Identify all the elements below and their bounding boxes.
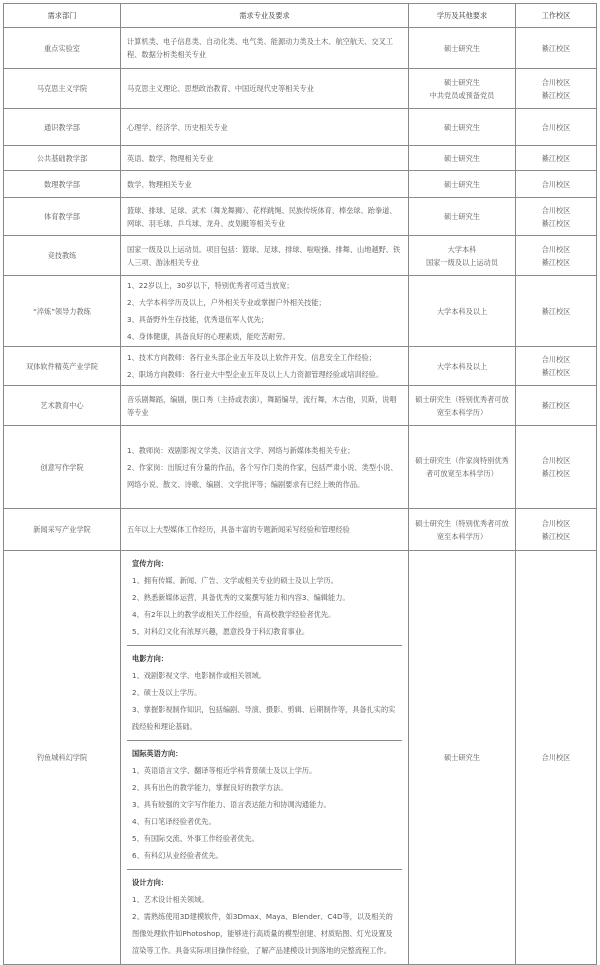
education-text: 硕士研究生 bbox=[415, 210, 509, 223]
header-education: 学历及其他要求 bbox=[409, 4, 516, 28]
education-text: 硕士研究生（特别优秀者可放宽至本科学历） bbox=[415, 517, 509, 543]
requirement-text: 心理学、经济学、历史相关专业 bbox=[127, 121, 402, 134]
requirement-item: 1、技术方向教师：各行业头部企业五年及以上软件开发、信息安全工作经验； bbox=[127, 349, 402, 366]
campus-cell: 合川校区綦江校区 bbox=[516, 347, 597, 386]
requirement-text: 篮球、排球、足球、武术（舞龙舞狮）、花样跳绳、民族传统体育、棒垒球、跆拳道、网球… bbox=[127, 204, 402, 230]
department-cell: 马克思主义学院 bbox=[4, 69, 121, 109]
direction-item: 1、戏剧影视文学、电影制作或相关领域。 bbox=[132, 667, 397, 684]
requirements-cell: 宣传方向：1、拥有传媒、新闻、广告、文学或相关专业的硕士及以上学历。2、熟悉新媒… bbox=[121, 551, 409, 926]
education-cell: 硕士研究生 bbox=[409, 28, 516, 69]
direction-section: 设计方向：1、艺术设计相关领域。2、需熟练使用3D建模软件，如3Dmax、May… bbox=[127, 870, 402, 926]
requirement-text: 音乐剧舞蹈，编剧，脱口秀（主持或表演），舞蹈编导，流行舞，木吉他，贝斯，说唱等专… bbox=[127, 393, 402, 419]
education-cell: 硕士研究生 bbox=[409, 146, 516, 171]
table-header-row: 需求部门 需求专业及要求 学历及其他要求 工作校区 bbox=[4, 4, 597, 28]
header-campus: 工作校区 bbox=[516, 4, 597, 28]
department-cell: 竞技教练 bbox=[4, 236, 121, 276]
campus-text: 綦江校区 bbox=[522, 305, 590, 318]
campus-cell: 合川校区綦江校区 bbox=[516, 509, 597, 551]
direction-item: 5、有国际交流、外事工作经验者优先。 bbox=[132, 830, 397, 847]
requirement-text: 马克思主义理论、思想政治教育、中国近现代史等相关专业 bbox=[127, 82, 402, 95]
requirement-item: 2、作家岗：出版过有分量的作品，各个写作门类的作家，包括严肃小说、类型小说、网络… bbox=[127, 459, 402, 493]
department-cell: 创意写作学院 bbox=[4, 426, 121, 509]
table-row: 艺术教育中心音乐剧舞蹈，编剧，脱口秀（主持或表演），舞蹈编导，流行舞，木吉他，贝… bbox=[4, 386, 597, 426]
requirements-cell: 数学、物理相关专业 bbox=[121, 171, 409, 198]
campus-text: 綦江校区 bbox=[522, 467, 590, 480]
education-text: 中共党员或预备党员 bbox=[415, 89, 509, 102]
table-row: 新闻采写产业学院五年以上大型媒体工作经历，具备丰富的专题新闻采写经验和管理经验硕… bbox=[4, 509, 597, 551]
campus-cell: 合川校区綦江校区 bbox=[516, 69, 597, 109]
requirements-cell: 英语、数学、物理相关专业 bbox=[121, 146, 409, 171]
education-text: 国家一级及以上运动员 bbox=[415, 256, 509, 269]
recruitment-table: 需求部门 需求专业及要求 学历及其他要求 工作校区 重点实验室计算机类、电子信息… bbox=[3, 3, 597, 925]
education-text: 硕士研究生 bbox=[415, 751, 509, 764]
campus-text: 綦江校区 bbox=[522, 89, 590, 102]
education-cell: 硕士研究生（特别优秀者可放宽至本科学历） bbox=[409, 509, 516, 551]
department-cell: 钓鱼城科幻学院 bbox=[4, 551, 121, 926]
campus-cell: 合川校区 bbox=[516, 171, 597, 198]
requirement-text: 国家一级及以上运动员。项目包括：篮球、足球、排球、啦啦操、排舞、山地越野、铁人三… bbox=[127, 243, 402, 269]
direction-title: 电影方向： bbox=[132, 650, 397, 667]
table-row: 数理教学部数学、物理相关专业硕士研究生合川校区 bbox=[4, 171, 597, 198]
campus-text: 綦江校区 bbox=[522, 217, 590, 230]
campus-cell: 綦江校区 bbox=[516, 28, 597, 69]
department-cell: 体育教学部 bbox=[4, 198, 121, 236]
direction-item: 5、对科幻文化有浓厚兴趣，愿意投身于科幻教育事业。 bbox=[132, 623, 397, 640]
education-cell: 硕士研究生 bbox=[409, 198, 516, 236]
campus-text: 合川校区 bbox=[522, 178, 590, 191]
campus-text: 綦江校区 bbox=[522, 152, 590, 165]
campus-cell: 綦江校区 bbox=[516, 386, 597, 426]
direction-item: 3、掌握影视制作知识，包括编剧、导演、摄影、剪辑、后期制作等，具备扎实的实践经验… bbox=[132, 701, 397, 735]
requirements-cell: 篮球、排球、足球、武术（舞龙舞狮）、花样跳绳、民族传统体育、棒垒球、跆拳道、网球… bbox=[121, 198, 409, 236]
table-row: 通识教学部心理学、经济学、历史相关专业硕士研究生合川校区 bbox=[4, 109, 597, 146]
education-cell: 硕士研究生 bbox=[409, 551, 516, 926]
table-row: 重点实验室计算机类、电子信息类、自动化类、电气类、能源动力类及土木、航空航天、交… bbox=[4, 28, 597, 69]
requirement-text: 英语、数学、物理相关专业 bbox=[127, 152, 402, 165]
campus-cell: 綦江校区 bbox=[516, 276, 597, 347]
education-text: 硕士研究生（作家岗特别优秀者可放宽至本科学历） bbox=[415, 454, 509, 480]
requirement-item: 2、大学本科学历及以上，户外相关专业或掌握户外相关技能； bbox=[127, 294, 402, 311]
department-cell: 双体软件精英产业学院 bbox=[4, 347, 121, 386]
education-cell: 硕士研究生中共党员或预备党员 bbox=[409, 69, 516, 109]
campus-text: 合川校区 bbox=[522, 353, 590, 366]
department-cell: 公共基础教学部 bbox=[4, 146, 121, 171]
direction-title: 设计方向： bbox=[132, 874, 397, 891]
requirement-item: 1、22岁以上，30岁以下，特别优秀者可适当放宽； bbox=[127, 277, 402, 294]
requirement-item: 4、身体健康，具备良好的心理素质，能吃苦耐劳。 bbox=[127, 328, 402, 345]
education-text: 硕士研究生 bbox=[415, 121, 509, 134]
requirement-text: 五年以上大型媒体工作经历，具备丰富的专题新闻采写经验和管理经验 bbox=[127, 523, 402, 536]
campus-cell: 合川校区綦江校区 bbox=[516, 198, 597, 236]
education-text: 硕士研究生 bbox=[415, 76, 509, 89]
table-row: “淬炼”领导力教练1、22岁以上，30岁以下，特别优秀者可适当放宽；2、大学本科… bbox=[4, 276, 597, 347]
education-cell: 硕士研究生（作家岗特别优秀者可放宽至本科学历） bbox=[409, 426, 516, 509]
requirement-item: 3、具备野外生存技能，优秀退伍军人优先； bbox=[127, 311, 402, 328]
table-row: 体育教学部篮球、排球、足球、武术（舞龙舞狮）、花样跳绳、民族传统体育、棒垒球、跆… bbox=[4, 198, 597, 236]
direction-section: 宣传方向：1、拥有传媒、新闻、广告、文学或相关专业的硕士及以上学历。2、熟悉新媒… bbox=[127, 551, 402, 646]
requirements-cell: 1、22岁以上，30岁以下，特别优秀者可适当放宽；2、大学本科学历及以上，户外相… bbox=[121, 276, 409, 347]
department-cell: 新闻采写产业学院 bbox=[4, 509, 121, 551]
header-department: 需求部门 bbox=[4, 4, 121, 28]
direction-item: 4、有2年以上的教学或相关工作经验，有高校教学经验者优先。 bbox=[132, 606, 397, 623]
requirements-cell: 音乐剧舞蹈，编剧，脱口秀（主持或表演），舞蹈编导，流行舞，木吉他，贝斯，说唱等专… bbox=[121, 386, 409, 426]
campus-text: 合川校区 bbox=[522, 204, 590, 217]
requirements-cell: 计算机类、电子信息类、自动化类、电气类、能源动力类及土木、航空航天、交叉工程、数… bbox=[121, 28, 409, 69]
direction-item: 2、熟悉新媒体运营，具备优秀的文案撰写能力和内容3、编辑能力。 bbox=[132, 589, 397, 606]
department-cell: 重点实验室 bbox=[4, 28, 121, 69]
direction-item: 2、需熟练使用3D建模软件，如3Dmax、Maya、Blender、C4D等，以… bbox=[132, 908, 397, 925]
campus-cell: 綦江校区 bbox=[516, 146, 597, 171]
campus-text: 合川校区 bbox=[522, 76, 590, 89]
education-text: 硕士研究生 bbox=[415, 178, 509, 191]
requirement-item: 2、职场方向教师：各行业大中型企业五年及以上人力资源管理经验或培训经验。 bbox=[127, 366, 402, 383]
campus-text: 綦江校区 bbox=[522, 530, 590, 543]
direction-item: 6、有科幻从业经验者优先。 bbox=[132, 847, 397, 864]
education-cell: 大学本科及以上 bbox=[409, 347, 516, 386]
education-text: 硕士研究生（特别优秀者可放宽至本科学历） bbox=[415, 393, 509, 419]
requirement-item: 1、教师岗：戏剧影视文学类、汉语言文学、网络与新媒体类相关专业； bbox=[127, 442, 402, 459]
department-cell: “淬炼”领导力教练 bbox=[4, 276, 121, 347]
direction-item: 1、英语语言文学、翻译等相近学科背景硕士及以上学历。 bbox=[132, 762, 397, 779]
campus-text: 合川校区 bbox=[522, 751, 590, 764]
campus-text: 綦江校区 bbox=[522, 256, 590, 269]
table-row: 公共基础教学部英语、数学、物理相关专业硕士研究生綦江校区 bbox=[4, 146, 597, 171]
direction-section-cell: 电影方向：1、戏剧影视文学、电影制作或相关领域。2、硕士及以上学历。3、掌握影视… bbox=[127, 646, 402, 741]
requirements-cell: 1、教师岗：戏剧影视文学类、汉语言文学、网络与新媒体类相关专业；2、作家岗：出版… bbox=[121, 426, 409, 509]
direction-title: 宣传方向： bbox=[132, 555, 397, 572]
campus-cell: 合川校区 bbox=[516, 551, 597, 926]
campus-text: 綦江校区 bbox=[522, 42, 590, 55]
requirement-text: 数学、物理相关专业 bbox=[127, 178, 402, 191]
campus-text: 綦江校区 bbox=[522, 399, 590, 412]
campus-text: 合川校区 bbox=[522, 454, 590, 467]
table-row: 钓鱼城科幻学院宣传方向：1、拥有传媒、新闻、广告、文学或相关专业的硕士及以上学历… bbox=[4, 551, 597, 926]
requirements-cell: 心理学、经济学、历史相关专业 bbox=[121, 109, 409, 146]
table-row: 马克思主义学院马克思主义理论、思想政治教育、中国近现代史等相关专业硕士研究生中共… bbox=[4, 69, 597, 109]
direction-section-cell: 设计方向：1、艺术设计相关领域。2、需熟练使用3D建模软件，如3Dmax、May… bbox=[127, 870, 402, 926]
education-cell: 硕士研究生 bbox=[409, 171, 516, 198]
table-row: 创意写作学院1、教师岗：戏剧影视文学类、汉语言文学、网络与新媒体类相关专业；2、… bbox=[4, 426, 597, 509]
education-cell: 大学本科国家一级及以上运动员 bbox=[409, 236, 516, 276]
education-cell: 硕士研究生（特别优秀者可放宽至本科学历） bbox=[409, 386, 516, 426]
department-cell: 通识教学部 bbox=[4, 109, 121, 146]
requirements-cell: 国家一级及以上运动员。项目包括：篮球、足球、排球、啦啦操、排舞、山地越野、铁人三… bbox=[121, 236, 409, 276]
table-row: 竞技教练国家一级及以上运动员。项目包括：篮球、足球、排球、啦啦操、排舞、山地越野… bbox=[4, 236, 597, 276]
education-text: 大学本科 bbox=[415, 243, 509, 256]
direction-item: 2、硕士及以上学历。 bbox=[132, 684, 397, 701]
education-text: 大学本科及以上 bbox=[415, 360, 509, 373]
education-cell: 硕士研究生 bbox=[409, 109, 516, 146]
direction-section: 电影方向：1、戏剧影视文学、电影制作或相关领域。2、硕士及以上学历。3、掌握影视… bbox=[127, 646, 402, 741]
campus-cell: 合川校区綦江校区 bbox=[516, 236, 597, 276]
education-text: 硕士研究生 bbox=[415, 42, 509, 55]
campus-text: 合川校区 bbox=[522, 517, 590, 530]
education-cell: 大学本科及以上 bbox=[409, 276, 516, 347]
education-text: 大学本科及以上 bbox=[415, 305, 509, 318]
requirement-text: 计算机类、电子信息类、自动化类、电气类、能源动力类及土木、航空航天、交叉工程、数… bbox=[127, 35, 402, 61]
requirements-cell: 1、技术方向教师：各行业头部企业五年及以上软件开发、信息安全工作经验；2、职场方… bbox=[121, 347, 409, 386]
header-requirements: 需求专业及要求 bbox=[121, 4, 409, 28]
direction-section: 国际英语方向：1、英语语言文学、翻译等相近学科背景硕士及以上学历。2、具有出色的… bbox=[127, 741, 402, 870]
direction-section-cell: 国际英语方向：1、英语语言文学、翻译等相近学科背景硕士及以上学历。2、具有出色的… bbox=[127, 741, 402, 870]
campus-text: 合川校区 bbox=[522, 243, 590, 256]
table-row: 双体软件精英产业学院1、技术方向教师：各行业头部企业五年及以上软件开发、信息安全… bbox=[4, 347, 597, 386]
department-cell: 艺术教育中心 bbox=[4, 386, 121, 426]
direction-title: 国际英语方向： bbox=[132, 745, 397, 762]
direction-sections: 宣传方向：1、拥有传媒、新闻、广告、文学或相关专业的硕士及以上学历。2、熟悉新媒… bbox=[127, 551, 402, 925]
department-cell: 数理教学部 bbox=[4, 171, 121, 198]
campus-text: 合川校区 bbox=[522, 121, 590, 134]
campus-cell: 合川校区 bbox=[516, 109, 597, 146]
direction-item: 1、拥有传媒、新闻、广告、文学或相关专业的硕士及以上学历。 bbox=[132, 572, 397, 589]
direction-item: 2、具有出色的教学能力，掌握良好的教学方法。 bbox=[132, 779, 397, 796]
education-text: 硕士研究生 bbox=[415, 152, 509, 165]
campus-cell: 合川校区綦江校区 bbox=[516, 426, 597, 509]
requirements-cell: 马克思主义理论、思想政治教育、中国近现代史等相关专业 bbox=[121, 69, 409, 109]
campus-text: 綦江校区 bbox=[522, 366, 590, 379]
direction-section-cell: 宣传方向：1、拥有传媒、新闻、广告、文学或相关专业的硕士及以上学历。2、熟悉新媒… bbox=[127, 551, 402, 646]
requirements-cell: 五年以上大型媒体工作经历，具备丰富的专题新闻采写经验和管理经验 bbox=[121, 509, 409, 551]
direction-item: 4、有口笔译经验者优先。 bbox=[132, 813, 397, 830]
direction-item: 3、具有较强的文字写作能力、语言表达能力和协调沟通能力。 bbox=[132, 796, 397, 813]
direction-item: 1、艺术设计相关领域。 bbox=[132, 891, 397, 908]
